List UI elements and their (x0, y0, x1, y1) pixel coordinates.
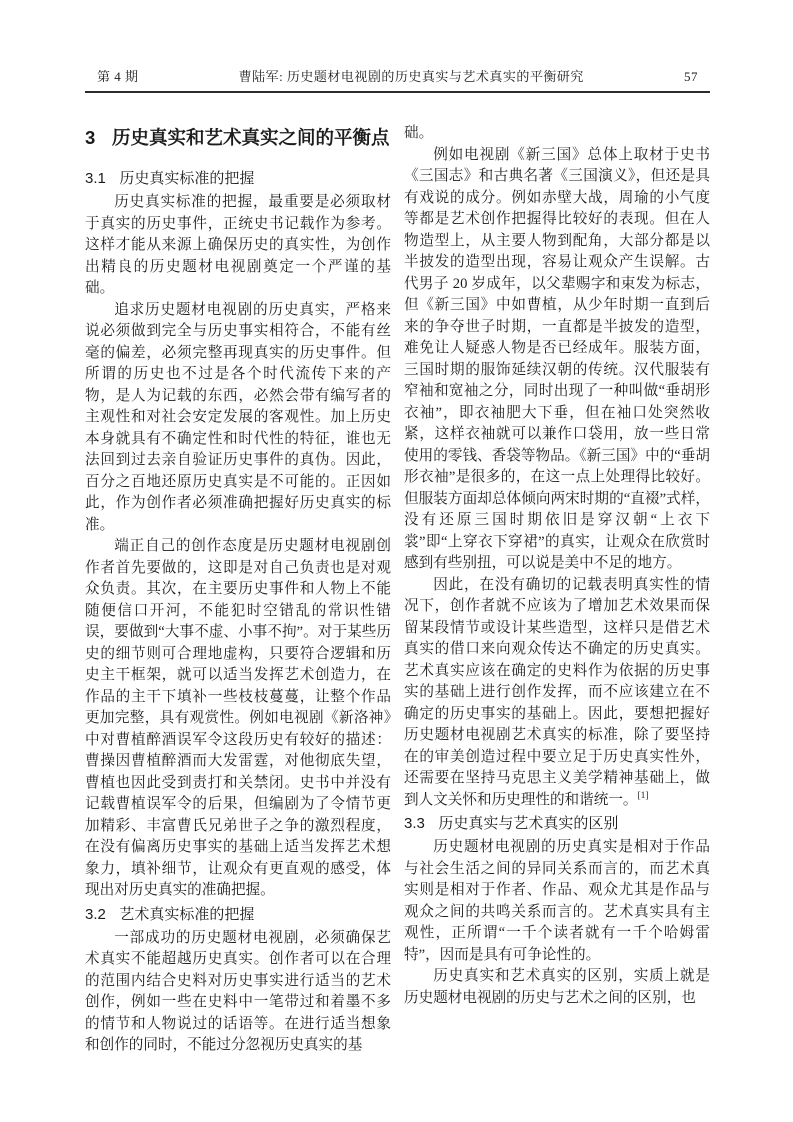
two-column-body: 3历史真实和艺术真实之间的平衡点 3.1历史真实标准的把握 历史真实标准的把握，… (85, 123, 710, 1057)
page-number: 57 (684, 69, 698, 85)
section-title: 历史真实和艺术真实之间的平衡点 (112, 127, 390, 148)
section-heading: 3历史真实和艺术真实之间的平衡点 (85, 125, 391, 151)
paragraph: 端正自己的创作态度是历史题材电视剧创作者首先要做的，这即是对自己负责也是对观众负… (85, 536, 391, 902)
paragraph: 历史真实标准的把握，最重要是必须取材于真实的历史事件，正统史书记载作为参考。这样… (85, 192, 391, 300)
subsection-number: 3.1 (85, 170, 106, 187)
subsection-heading-3-2: 3.2艺术真实标准的把握 (85, 903, 391, 926)
paragraph: 追求历史题材电视剧的历史真实，严格来说必须做到完全与历史事实相符合，不能有丝毫的… (85, 300, 391, 537)
paragraph: 因此，在没有确切的记载表明真实性的情况下，创作者就不应该为了增加艺术效果而保留某… (404, 575, 710, 812)
subsection-heading-3-3: 3.3历史真实与艺术真实的区别 (404, 812, 710, 835)
paragraph: 历史题材电视剧的历史真实是相对于作品与社会生活之间的异同关系而言的，而艺术真实则… (404, 837, 710, 966)
running-title: 曹陆军: 历史题材电视剧的历史真实与艺术真实的平衡研究 (139, 66, 684, 85)
paragraph: 历史真实和艺术真实的区别，实质上就是历史题材电视剧的历史与艺术之间的区别，也 (404, 966, 710, 1009)
footnote-ref: [1] (638, 791, 649, 801)
subsection-title: 历史真实标准的把握 (119, 170, 254, 187)
subsection-number: 3.2 (85, 906, 106, 923)
subsection-title: 艺术真实标准的把握 (119, 906, 254, 923)
subsection-title: 历史真实与艺术真实的区别 (438, 815, 618, 832)
paragraph: 一部成功的历史题材电视剧，必须确保艺术真实不能超越历史真实。创作者可以在合理的范… (85, 928, 391, 1057)
issue-label: 第 4 期 (97, 66, 139, 85)
paper-page: 第 4 期 曹陆军: 历史题材电视剧的历史真实与艺术真实的平衡研究 57 3历史… (0, 0, 793, 1122)
right-column: 础。 例如电视剧《新三国》总体上取材于史书《三国志》和古典名著《三国演义》，但还… (404, 123, 710, 1057)
section-number: 3 (85, 127, 95, 148)
paragraph-text: 因此，在没有确切的记载表明真实性的情况下，创作者就不应该为了增加艺术效果而保留某… (404, 577, 710, 808)
subsection-number: 3.3 (404, 815, 425, 832)
subsection-heading-3-1: 3.1历史真实标准的把握 (85, 167, 391, 190)
paragraph-continuation: 础。 (404, 123, 710, 145)
left-column: 3历史真实和艺术真实之间的平衡点 3.1历史真实标准的把握 历史真实标准的把握，… (85, 123, 391, 1057)
paragraph: 例如电视剧《新三国》总体上取材于史书《三国志》和古典名著《三国演义》，但还是具有… (404, 145, 710, 575)
page-header: 第 4 期 曹陆军: 历史题材电视剧的历史真实与艺术真实的平衡研究 57 (85, 66, 710, 93)
